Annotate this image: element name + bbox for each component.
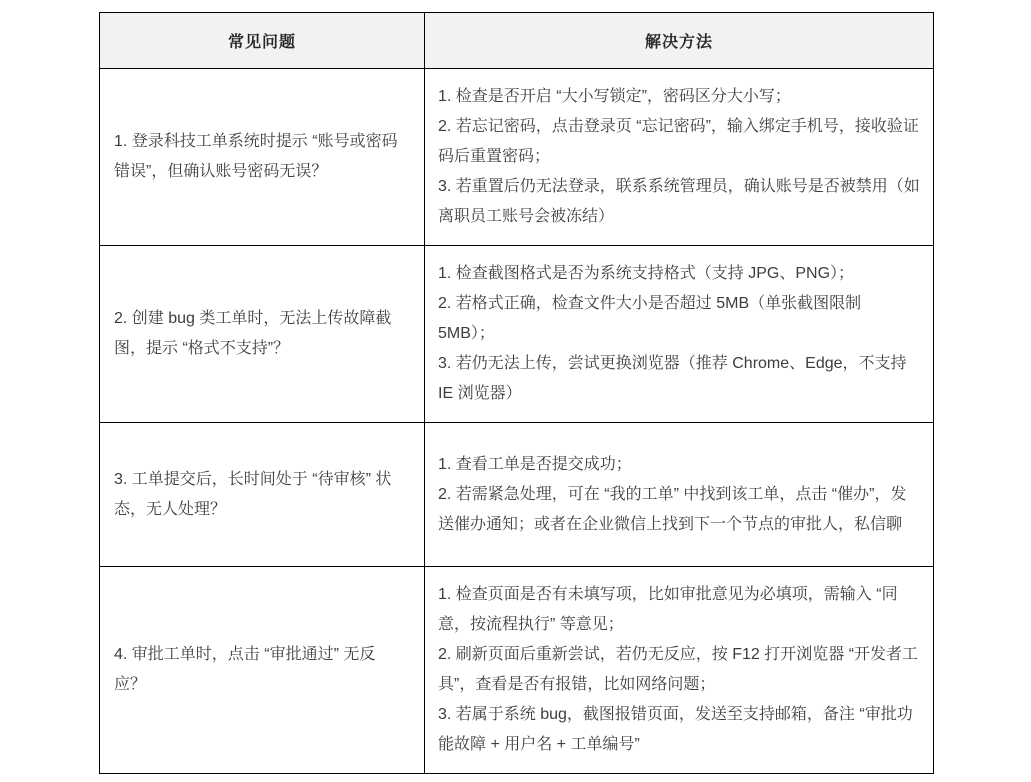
answer-step: 1. 查看工单是否提交成功； [438, 450, 921, 480]
answer-step: 2. 若需紧急处理，可在 “我的工单” 中找到该工单，点击 “催办”，发送催办通… [438, 480, 921, 540]
answer-step: 3. 若重置后仍无法登录，联系系统管理员，确认账号是否被禁用（如离职员工账号会被… [438, 172, 921, 232]
answer-step: 3. 若属于系统 bug，截图报错页面，发送至支持邮箱，备注 “审批功能故障 +… [438, 700, 921, 760]
question-cell: 3. 工单提交后，长时间处于 “待审核” 状态，无人处理？ [100, 423, 425, 567]
question-cell: 4. 审批工单时，点击 “审批通过” 无反应？ [100, 567, 425, 774]
question-cell: 2. 创建 bug 类工单时，无法上传故障截图，提示 “格式不支持”？ [100, 246, 425, 423]
table-row: 4. 审批工单时，点击 “审批通过” 无反应？ 1. 检查页面是否有未填写项，比… [100, 567, 934, 774]
answer-step: 2. 刷新页面后重新尝试，若仍无反应，按 F12 打开浏览器 “开发者工具”，查… [438, 640, 921, 700]
header-question: 常见问题 [100, 13, 425, 69]
answer-cell: 1. 查看工单是否提交成功； 2. 若需紧急处理，可在 “我的工单” 中找到该工… [425, 423, 934, 567]
table-row: 1. 登录科技工单系统时提示 “账号或密码错误”，但确认账号密码无误？ 1. 检… [100, 69, 934, 246]
header-solution: 解决方法 [425, 13, 934, 69]
faq-table: 常见问题 解决方法 1. 登录科技工单系统时提示 “账号或密码错误”，但确认账号… [99, 12, 934, 774]
table-row: 2. 创建 bug 类工单时，无法上传故障截图，提示 “格式不支持”？ 1. 检… [100, 246, 934, 423]
answer-step: 2. 若忘记密码，点击登录页 “忘记密码”，输入绑定手机号，接收验证码后重置密码… [438, 112, 921, 172]
answer-cell: 1. 检查页面是否有未填写项，比如审批意见为必填项，需输入 “同意，按流程执行”… [425, 567, 934, 774]
answer-step: 1. 检查页面是否有未填写项，比如审批意见为必填项，需输入 “同意，按流程执行”… [438, 580, 921, 640]
answer-step: 1. 检查是否开启 “大小写锁定”，密码区分大小写； [438, 82, 921, 112]
answer-step: 3. 若仍无法上传，尝试更换浏览器（推荐 Chrome、Edge，不支持 IE … [438, 349, 921, 409]
header-row: 常见问题 解决方法 [100, 13, 934, 69]
answer-cell: 1. 检查截图格式是否为系统支持格式（支持 JPG、PNG）； 2. 若格式正确… [425, 246, 934, 423]
answer-step: 1. 检查截图格式是否为系统支持格式（支持 JPG、PNG）； [438, 259, 921, 289]
table-row: 3. 工单提交后，长时间处于 “待审核” 状态，无人处理？ 1. 查看工单是否提… [100, 423, 934, 567]
question-cell: 1. 登录科技工单系统时提示 “账号或密码错误”，但确认账号密码无误？ [100, 69, 425, 246]
answer-cell: 1. 检查是否开启 “大小写锁定”，密码区分大小写； 2. 若忘记密码，点击登录… [425, 69, 934, 246]
answer-step: 2. 若格式正确，检查文件大小是否超过 5MB（单张截图限制 5MB）； [438, 289, 921, 349]
